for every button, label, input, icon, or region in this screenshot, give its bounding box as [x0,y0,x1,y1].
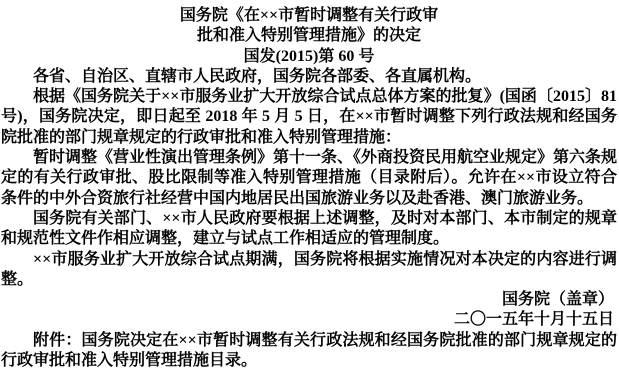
title-line-1: 国务院《在××市暂时调整有关行政审 [1,6,617,26]
paragraph-departments: 国务院有关部门、××市人民政府要根据上述调整，及时对本部门、本市制定的规章和规范… [1,209,617,250]
paragraph-basis: 根据《国务院关于××市服务业扩大开放综合试点总体方案的批复》(国函〔2015〕8… [1,87,617,148]
title-line-2: 批和准入特别管理措施》的决定 [1,26,617,46]
document-number: 国发(2015)第 60 号 [1,47,617,67]
paragraph-adjustments: 暂时调整《营业性演出管理条例》第十一条、《外商投资民用航空业规定》第六条规定的有… [1,148,617,209]
signature-line: 国务院（盖章） [1,290,617,310]
date-line: 二〇一五年十月十五日 [1,310,617,330]
paragraph-expiry: ××市服务业扩大开放综合试点期满，国务院将根据实施情况对本决定的内容进行调整。 [1,250,617,291]
document-page: 国务院《在××市暂时调整有关行政审 批和准入特别管理措施》的决定 国发(2015… [0,0,619,379]
document-title: 国务院《在××市暂时调整有关行政审 批和准入特别管理措施》的决定 [1,6,617,47]
salutation: 各省、自治区、直辖市人民政府，国务院各部委、各直属机构。 [1,67,617,87]
attachment-note: 附件：国务院决定在××市暂时调整有关行政法规和经国务院批准的部门规章规定的行政审… [1,331,617,372]
